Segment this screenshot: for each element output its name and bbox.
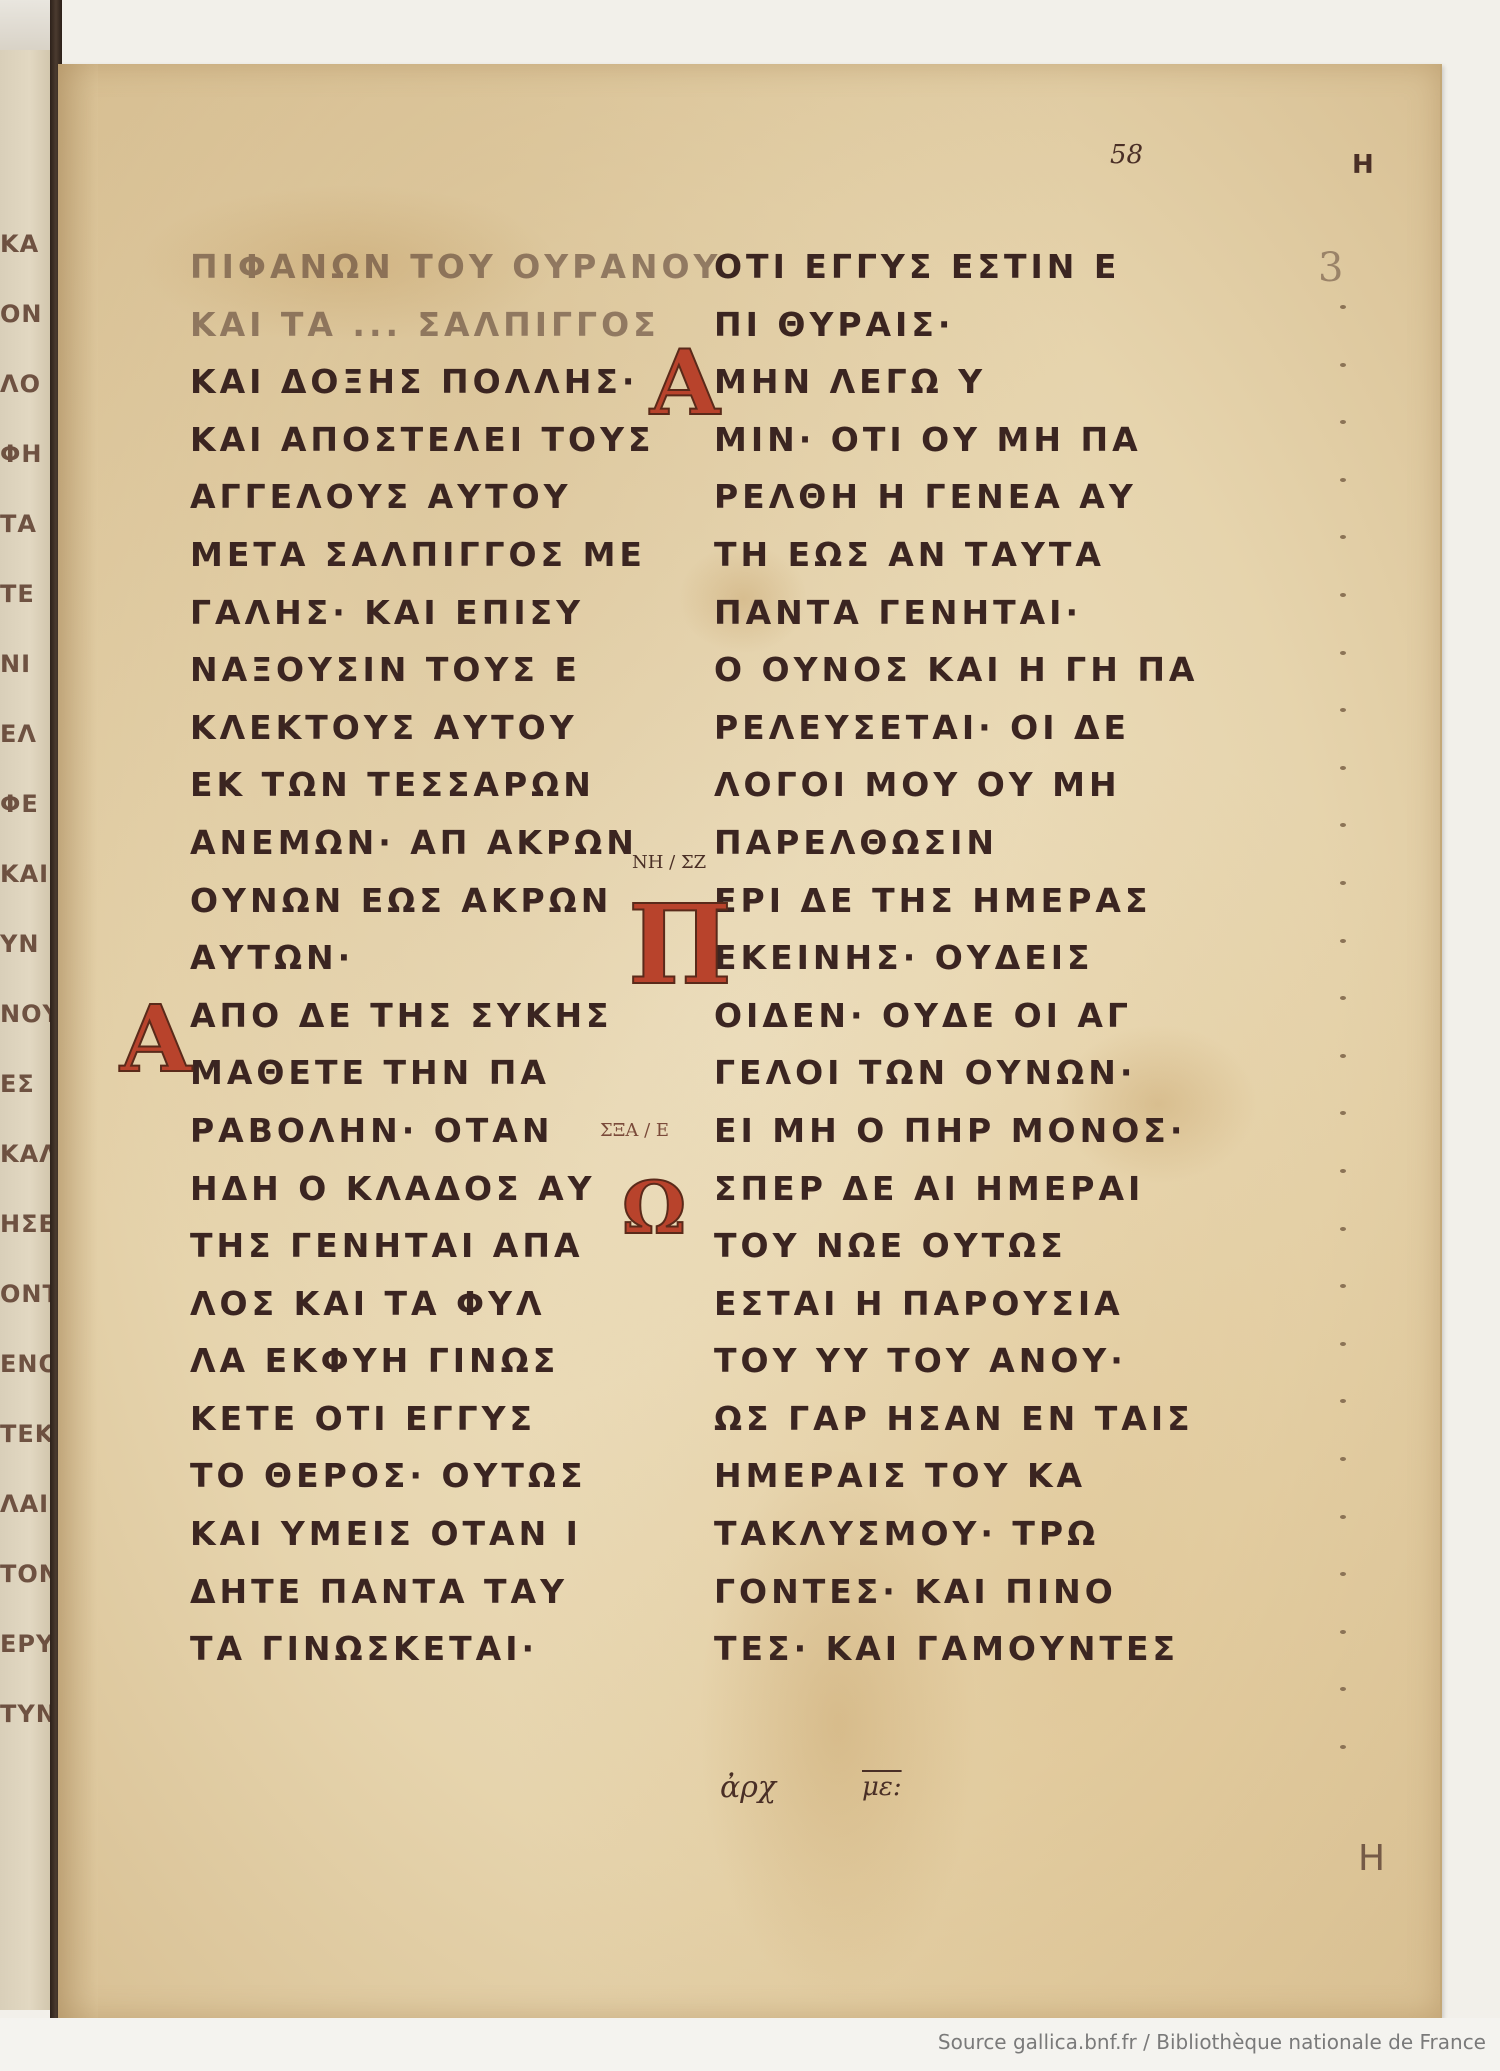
verso-text-fragment: ΝΙ xyxy=(0,650,31,678)
pricking-hole xyxy=(1340,593,1346,597)
manuscript-line: ΓΕΛΟΙ ΤΩΝ ΟΥΝΩΝ· xyxy=(714,1044,1198,1102)
manuscript-line: ΤΟΥ ΥΥ ΤΟΥ ΑΝΟΥ· xyxy=(714,1332,1198,1390)
manuscript-line: ΚΛΕΚΤΟΥΣ ΑΥΤΟΥ xyxy=(190,699,721,757)
pricking-hole xyxy=(1340,651,1346,655)
viewer-footer: Source gallica.bnf.fr / Bibliothèque nat… xyxy=(0,2018,1500,2071)
verso-text-fragment: ΕΡΥ xyxy=(0,1630,54,1658)
pricking-hole xyxy=(1340,1457,1346,1461)
manuscript-line: ΟΤΙ ΕΓΓΥΣ ΕΣΤΙΝ Ε xyxy=(714,238,1198,296)
manuscript-line: ΠΙ ΘΥΡΑΙΣ· xyxy=(714,296,1198,354)
verso-text-fragment: ΤΑ xyxy=(0,510,37,538)
pricking-hole xyxy=(1340,939,1346,943)
manuscript-line: ΕΚΕΙΝΗΣ· ΟΥΔΕΙΣ xyxy=(714,929,1198,987)
pricking-hole xyxy=(1340,881,1346,885)
verso-text-fragment: ΦΕ xyxy=(0,790,39,818)
manuscript-line: ΕΣΤΑΙ Η ΠΑΡΟΥΣΙΑ xyxy=(714,1275,1198,1333)
manuscript-line: ΩΣ ΓΑΡ ΗΣΑΝ ΕΝ ΤΑΙΣ xyxy=(714,1390,1198,1448)
initial-alpha-apo: Α xyxy=(120,985,191,1093)
verso-text-fragment: ΚΑ xyxy=(0,230,39,258)
manuscript-line: ΕΙ ΜΗ Ο ΠΗΡ ΜΟΝΟΣ· xyxy=(714,1102,1198,1160)
manuscript-line: ΓΟΝΤΕΣ· ΚΑΙ ΠΙΝΟ xyxy=(714,1563,1198,1621)
verso-text-fragment: ΤΕΚ xyxy=(0,1420,54,1448)
manuscript-line: ΕΡΙ ΔΕ ΤΗΣ ΗΜΕΡΑΣ xyxy=(714,872,1198,930)
manuscript-line: ΜΑΘΕΤΕ ΤΗΝ ΠΑ xyxy=(190,1044,721,1102)
manuscript-line: ΛΟΣ ΚΑΙ ΤΑ ΦΥΛ xyxy=(190,1275,721,1333)
eusebian-section-mark: ΣΞΑ / Ε xyxy=(600,1120,669,1141)
manuscript-line: ΤΟΥ ΝΩΕ ΟΥΤΩΣ xyxy=(714,1217,1198,1275)
verso-text-fragment: ΛΟ xyxy=(0,370,41,398)
manuscript-line: ΔΗΤΕ ΠΑΝΤΑ ΤΑΥ xyxy=(190,1563,721,1621)
manuscript-line: ΓΑΛΗΣ· ΚΑΙ ΕΠΙΣΥ xyxy=(190,584,721,642)
pricking-hole xyxy=(1340,1169,1346,1173)
pricking-hole xyxy=(1340,1745,1346,1749)
verso-text-fragment: ΤΥΝ xyxy=(0,1700,54,1728)
manuscript-line: ΚΑΙ ΥΜΕΙΣ ΟΤΑΝ Ι xyxy=(190,1505,721,1563)
verso-text-fragment: ΟΝ xyxy=(0,300,43,328)
manuscript-line: ΜΕΤΑ ΣΑΛΠΙΓΓΟΣ ΜΕ xyxy=(190,526,721,584)
manuscript-line: ΡΕΛΕΥΣΕΤΑΙ· ΟΙ ΔΕ xyxy=(714,699,1198,757)
manuscript-line: ΝΑΞΟΥΣΙΝ ΤΟΥΣ Ε xyxy=(190,641,721,699)
verso-text-fragment: ΤΕ xyxy=(0,580,35,608)
pricking-hole xyxy=(1340,363,1346,367)
pricking-hole xyxy=(1340,1227,1346,1231)
manuscript-line: ΚΑΙ ΤΑ ... ΣΑΛΠΙΓΓΟΣ xyxy=(190,296,721,354)
manuscript-line: Ο ΟΥΝΟΣ ΚΑΙ Η ΓΗ ΠΑ xyxy=(714,641,1198,699)
source-credit: Source gallica.bnf.fr / Bibliothèque nat… xyxy=(938,2030,1486,2054)
pricking-hole xyxy=(1340,766,1346,770)
manuscript-line: ΚΑΙ ΑΠΟΣΤΕΛΕΙ ΤΟΥΣ xyxy=(190,411,721,469)
manuscript-line: ΛΑ ΕΚΦΥΗ ΓΙΝΩΣ xyxy=(190,1332,721,1390)
bottom-note-arche: ἀρχ xyxy=(720,1770,776,1805)
manuscript-line: ΤΑ ΓΙΝΩΣΚΕΤΑΙ· xyxy=(190,1620,721,1678)
manuscript-line: ΚΕΤΕ ΟΤΙ ΕΓΓΥΣ xyxy=(190,1390,721,1448)
manuscript-line: ΠΑΡΕΛΘΩΣΙΝ xyxy=(714,814,1198,872)
manuscript-line: ΤΑΚΛΥΣΜΟΥ· ΤΡΩ xyxy=(714,1505,1198,1563)
verso-text-fragment: ΥΝ xyxy=(0,930,39,958)
manuscript-line: ΜΙΝ· ΟΤΙ ΟΥ ΜΗ ΠΑ xyxy=(714,411,1198,469)
manuscript-line: ΣΠΕΡ ΔΕ ΑΙ ΗΜΕΡΑΙ xyxy=(714,1160,1198,1218)
initial-omega-hosper: Ω xyxy=(622,1165,686,1250)
manuscript-line: ΠΙΦΑΝΩΝ ΤΟΥ ΟΥΡΑΝΟΥ xyxy=(190,238,721,296)
verso-text-fragment: ΟΝΤ xyxy=(0,1280,54,1308)
manuscript-line: ΤΗ ΕΩΣ ΑΝ ΤΑΥΤΑ xyxy=(714,526,1198,584)
manuscript-line: ΛΟΓΟΙ ΜΟΥ ΟΥ ΜΗ xyxy=(714,756,1198,814)
manuscript-line: ΤΕΣ· ΚΑΙ ΓΑΜΟΥΝΤΕΣ xyxy=(714,1620,1198,1678)
verso-text-fragment: ΚΑΛ xyxy=(0,1140,54,1168)
verso-text-fragment: ΕΝΟΥ xyxy=(0,1350,54,1378)
folio-number: 58 xyxy=(1110,140,1143,170)
text-column-right: ΟΤΙ ΕΓΓΥΣ ΕΣΤΙΝ ΕΠΙ ΘΥΡΑΙΣ·ΜΗΝ ΛΕΓΩ ΥΜΙΝ… xyxy=(714,238,1198,1678)
pricking-hole xyxy=(1340,478,1346,482)
manuscript-line: ΟΙΔΕΝ· ΟΥΔΕ ΟΙ ΑΓ xyxy=(714,987,1198,1045)
pricking-hole xyxy=(1340,305,1346,309)
verso-text-fragment: ΤΟΝ xyxy=(0,1560,54,1588)
quire-mark-bottom: Η xyxy=(1358,1838,1385,1879)
verso-text-fragment: ΛΑΙ xyxy=(0,1490,49,1518)
verso-text-fragment: ΕΛ xyxy=(0,720,37,748)
pricking-hole xyxy=(1340,1054,1346,1058)
eusebian-section-mark: ΝΗ / ΣΖ xyxy=(632,852,706,873)
initial-alpha-amen: Α xyxy=(650,330,720,436)
quire-mark-top: Η xyxy=(1352,150,1374,180)
manuscript-line: ΗΜΕΡΑΙΣ ΤΟΥ ΚΑ xyxy=(714,1447,1198,1505)
verso-text-fragment: ΝΟΥ xyxy=(0,1000,54,1028)
bottom-note-me: με: xyxy=(862,1772,902,1802)
pricking-hole xyxy=(1340,1342,1346,1346)
manuscript-line: ΜΗΝ ΛΕΓΩ Υ xyxy=(714,353,1198,411)
verso-text-fragment: ΕΣ xyxy=(0,1070,35,1098)
facing-page-verso: ΚΑΟΝΛΟΦΗΤΑΤΕΝΙΕΛΦΕΚΑΙΥΝΝΟΥΕΣΚΑΛΗΣΕΟΝΤΕΝΟ… xyxy=(0,50,54,2010)
manuscript-line: ΠΑΝΤΑ ΓΕΝΗΤΑΙ· xyxy=(714,584,1198,642)
manuscript-line: ΑΓΓΕΛΟΥΣ ΑΥΤΟΥ xyxy=(190,468,721,526)
pricking-hole xyxy=(1340,1630,1346,1634)
initial-pi-peri: Π xyxy=(628,880,732,1009)
manuscript-line: ΚΑΙ ΔΟΞΗΣ ΠΟΛΛΗΣ· xyxy=(190,353,721,411)
quire-mark-secondary: 3 xyxy=(1318,245,1343,291)
verso-text-fragment: ΚΑΙ xyxy=(0,860,49,888)
verso-text-fragment: ΦΗ xyxy=(0,440,43,468)
manuscript-line: ΕΚ ΤΩΝ ΤΕΣΣΑΡΩΝ xyxy=(190,756,721,814)
manuscript-line: ΤΟ ΘΕΡΟΣ· ΟΥΤΩΣ xyxy=(190,1447,721,1505)
pricking-hole xyxy=(1340,1515,1346,1519)
verso-text-fragment: ΗΣΕ xyxy=(0,1210,54,1238)
gutter-shadow xyxy=(58,64,98,2018)
manuscript-line: ΡΕΛΘΗ Η ΓΕΝΕΑ ΑΥ xyxy=(714,468,1198,526)
